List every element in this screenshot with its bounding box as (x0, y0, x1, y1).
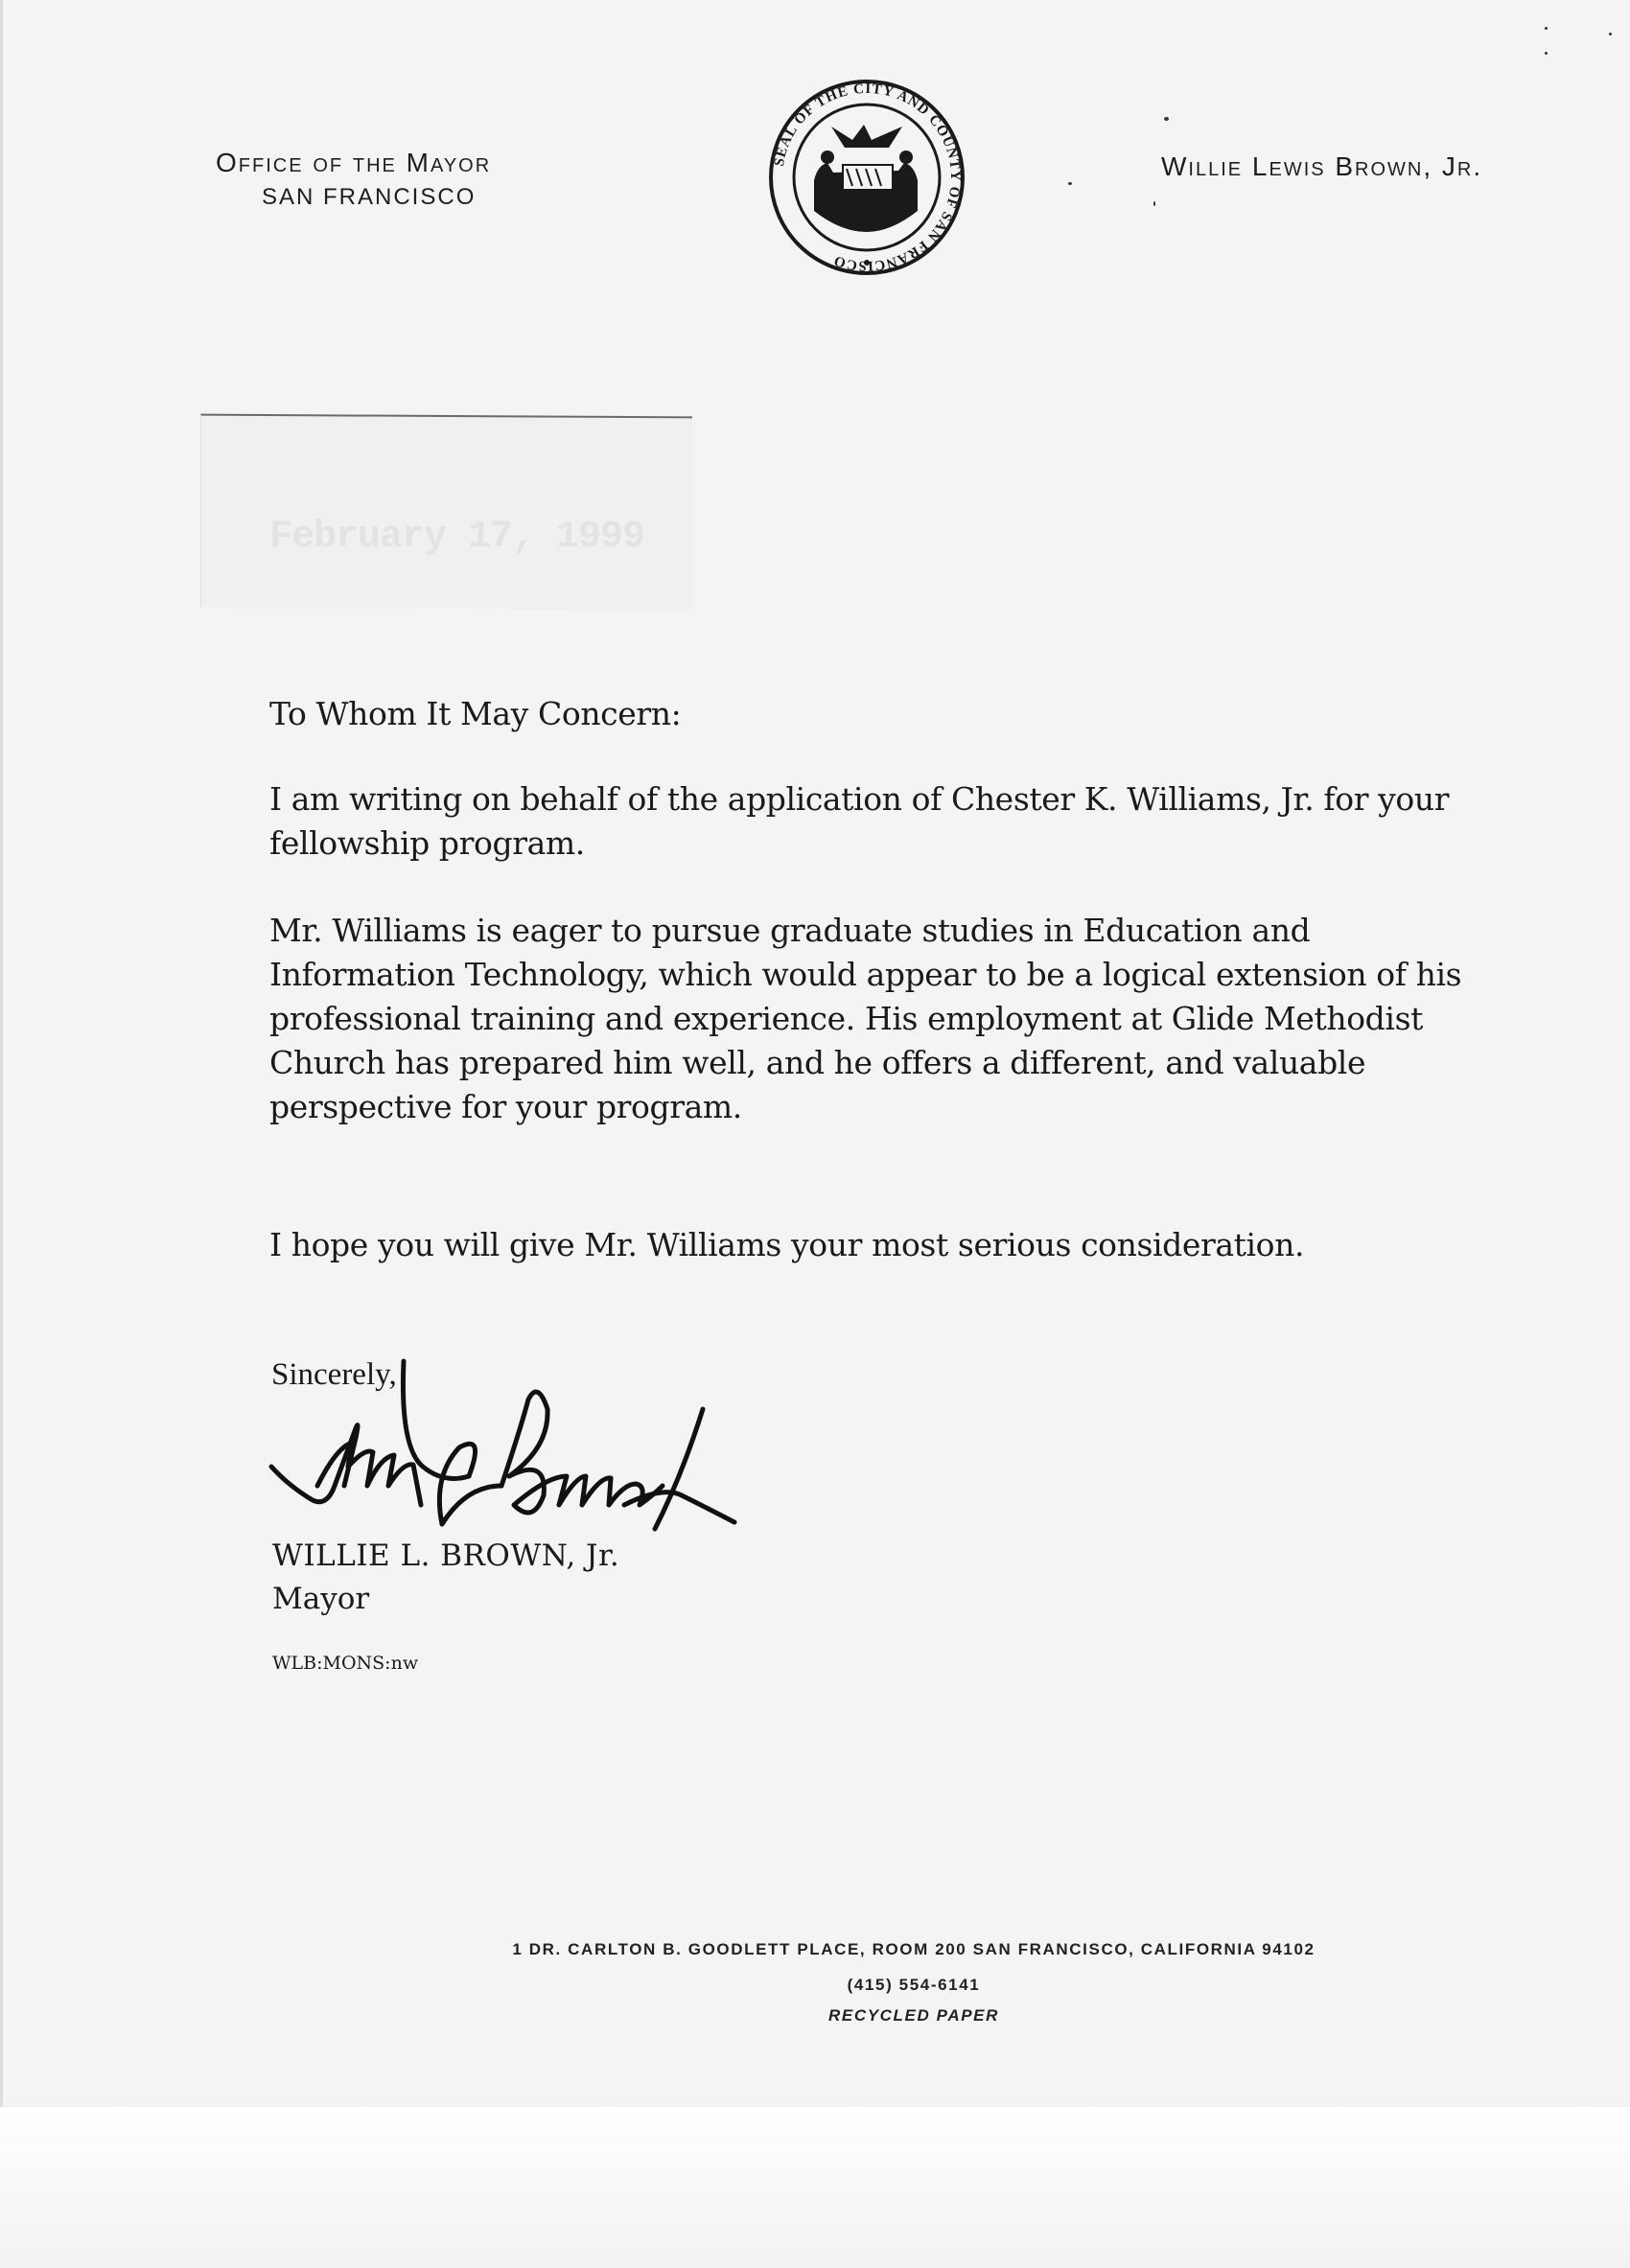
office-city: SAN FRANCISCO (216, 180, 491, 215)
letterhead-mayor-name: Willie Lewis Brown, Jr. (1161, 151, 1482, 182)
scan-speck (1545, 52, 1548, 55)
scan-speck (1153, 201, 1155, 206)
scan-speck (1545, 27, 1548, 30)
paragraph-text: Mr. Williams is eager to pursue graduate… (269, 909, 1497, 1129)
letter-page: Office of the Mayor SAN FRANCISCO SEAL O… (0, 0, 1630, 2107)
scanner-background (0, 2107, 1630, 2268)
salutation: To Whom It May Concern: (269, 692, 1497, 736)
scan-speck (1164, 117, 1169, 121)
paragraph-2: Mr. Williams is eager to pursue graduate… (269, 909, 1497, 1129)
paragraph-text: I hope you will give Mr. Williams your m… (269, 1223, 1497, 1267)
footer-phone: (415) 554-6141 (406, 1976, 1422, 1995)
signer-name: WILLIE L. BROWN, Jr. (272, 1539, 619, 1573)
office-title: Office of the Mayor (216, 148, 491, 177)
letter-date: February 17, 1999 (269, 516, 644, 559)
paragraph-1: I am writing on behalf of the applicatio… (269, 777, 1497, 866)
paragraph-text: I am writing on behalf of the applicatio… (269, 777, 1497, 866)
scan-speck (1068, 182, 1072, 185)
paragraph-3: I hope you will give Mr. Williams your m… (269, 1223, 1497, 1267)
signer-title: Mayor (272, 1582, 369, 1616)
city-county-seal-icon: SEAL OF THE CITY AND COUNTY OF SAN FRANC… (757, 77, 977, 278)
footer-address: 1 DR. CARLTON B. GOODLETT PLACE, ROOM 20… (406, 1940, 1422, 1959)
date-correction-patch (200, 414, 692, 611)
scan-speck (1609, 33, 1612, 35)
reference-initials: WLB:MONS:nw (272, 1653, 418, 1674)
letterhead-office: Office of the Mayor SAN FRANCISCO (216, 146, 491, 215)
handwritten-signature-icon (260, 1342, 1008, 1543)
footer-recycled-note: RECYCLED PAPER (406, 2006, 1422, 2025)
